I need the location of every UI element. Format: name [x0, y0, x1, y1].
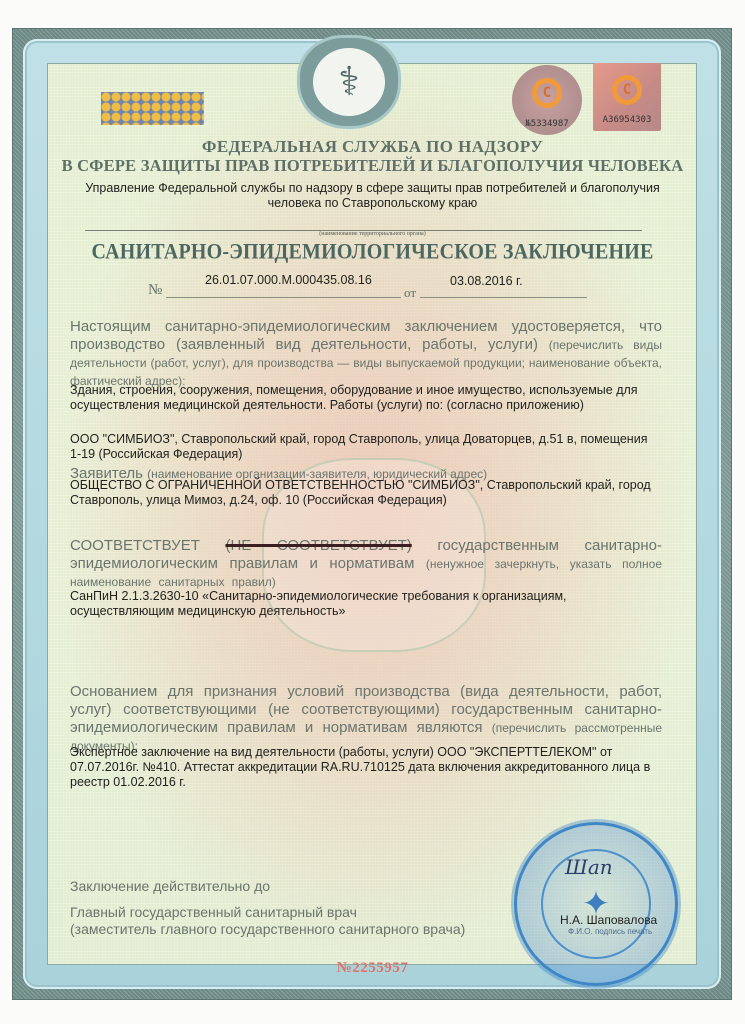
- conforms-text: СООТВЕТСТВУЕТ: [70, 537, 200, 554]
- deputy-chief-doctor-title: (заместитель главного государственного с…: [70, 921, 465, 937]
- activity-description: Здания, строения, сооружения, помещения,…: [70, 383, 662, 413]
- document-date: 03.08.2016 г.: [450, 274, 523, 288]
- territorial-body-caption: (наименование территориального органа): [0, 231, 745, 237]
- signer-name: Н.А. Шаповалова: [560, 913, 657, 927]
- emblem: ⚕: [300, 38, 398, 126]
- agency-name-line1: ФЕДЕРАЛЬНАЯ СЛУЖБА ПО НАДЗОРУ: [0, 137, 745, 157]
- hologram-sticker-square: C А36954303: [593, 63, 661, 131]
- copyright-c-icon: C: [532, 78, 562, 108]
- signature-caption: Ф.И.О. подпись печать: [568, 927, 652, 936]
- object-address: ООО "СИМБИОЗ", Ставропольский край, горо…: [70, 432, 662, 462]
- not-conforms-struck-text: (НЕ СООТВЕТСТВУЕТ): [225, 537, 411, 554]
- document-title: САНИТАРНО-ЭПИДЕМИОЛОГИЧЕСКОЕ ЗАКЛЮЧЕНИЕ: [0, 240, 745, 266]
- form-serial-number: №2255957: [0, 960, 745, 977]
- signature: Шап: [565, 855, 645, 895]
- territorial-body-line1: Управление Федеральной службы по надзору…: [0, 181, 745, 196]
- document-number: 26.01.07.000.М.000435.08.16: [205, 273, 372, 287]
- double-headed-eagle-emblem-icon: ⚕: [313, 48, 385, 116]
- hologram-serial: А36954303: [603, 115, 652, 125]
- date-label: от: [404, 285, 416, 301]
- applicant-details: ОБЩЕСТВО С ОГРАНИЧЕННОЙ ОТВЕТСТВЕННОСТЬЮ…: [70, 478, 662, 508]
- territorial-body: Управление Федеральной службы по надзору…: [0, 181, 745, 211]
- conformity-statement: СООТВЕТСТВУЕТ (НЕ СООТВЕТСТВУЕТ) государ…: [70, 537, 662, 591]
- hologram-strip: [101, 92, 204, 125]
- chief-doctor-title: Главный государственный санитарный врач: [70, 904, 357, 920]
- copyright-c-icon: C: [612, 75, 642, 105]
- hologram-serial: №5334987: [525, 119, 568, 129]
- number-underline: [166, 297, 401, 298]
- date-underline: [420, 297, 587, 298]
- intro-paragraph: Настоящим санитарно-эпидемиологическим з…: [70, 318, 662, 390]
- valid-until-label: Заключение действительно до: [70, 878, 270, 894]
- basis-documents: Экспертное заключение на вид деятельност…: [70, 745, 662, 790]
- hologram-sticker-round: C №5334987: [512, 65, 582, 135]
- sanitary-rules: СанПиН 2.1.3.2630-10 «Санитарно-эпидемио…: [70, 589, 662, 619]
- territorial-body-line2: человека по Ставропольскому краю: [0, 196, 745, 211]
- agency-name-line2: В СФЕРЕ ЗАЩИТЫ ПРАВ ПОТРЕБИТЕЛЕЙ И БЛАГО…: [0, 156, 745, 176]
- number-label: №: [148, 282, 162, 299]
